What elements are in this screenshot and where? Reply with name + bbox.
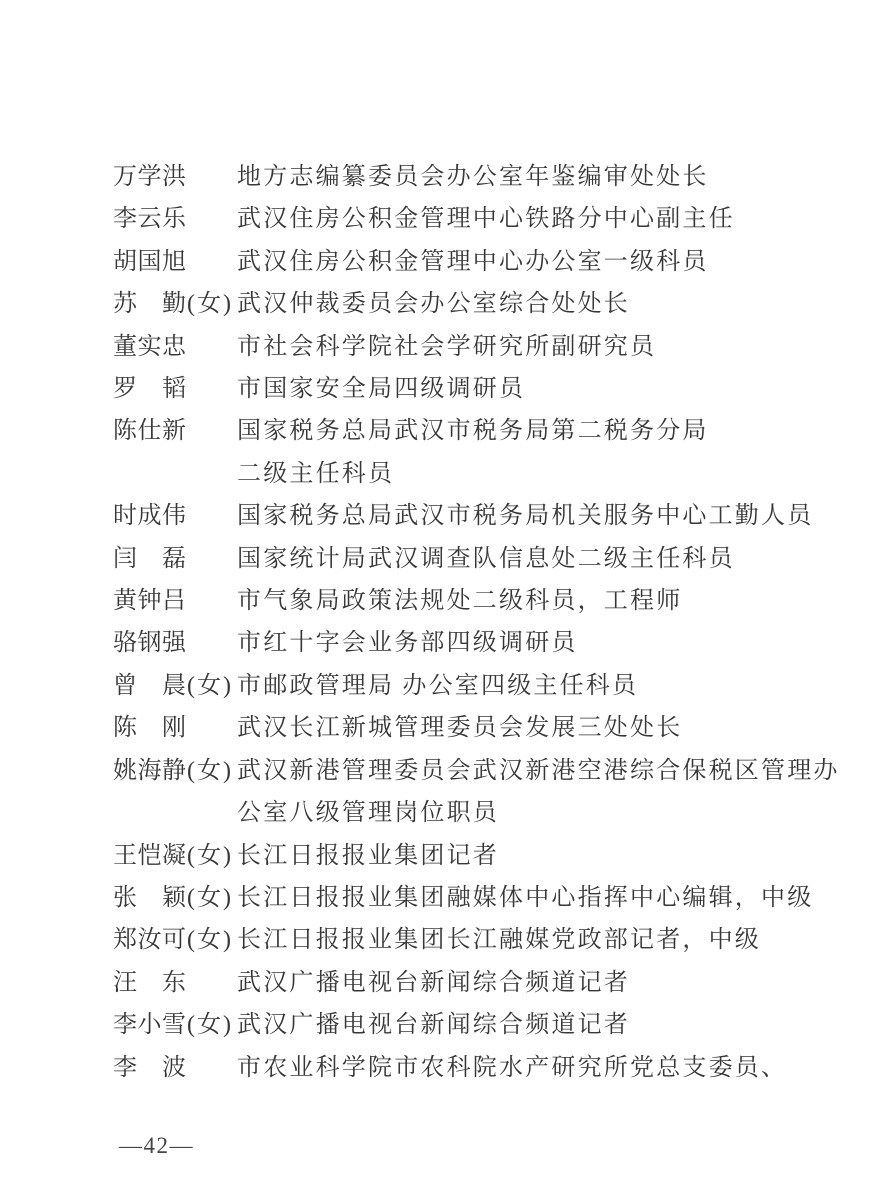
person-name: 李云乐 [113,198,187,240]
list-item: 陈仕新国家税务总局武汉市税务局第二税务分局二级主任科员 [113,410,858,495]
entry-list: 万学洪地方志编纂委员会办公室年鉴编审处处长李云乐武汉住房公积金管理中心铁路分中心… [113,156,858,1089]
person-position: 市红十字会业务部四级调研员 [237,622,858,664]
person-name: 闫 磊 [113,538,187,580]
list-item: 骆钢强市红十字会业务部四级调研员 [113,622,858,664]
person-name: 郑汝可 [113,919,187,961]
list-item: 万学洪地方志编纂委员会办公室年鉴编审处处长 [113,156,858,198]
list-item: 胡国旭武汉住房公积金管理中心办公室一级科员 [113,241,858,283]
position-line: 武汉长江新城管理委员会发展三处处长 [237,707,858,749]
list-item: 时成伟国家税务总局武汉市税务局机关服务中心工勤人员 [113,495,858,537]
list-item: 李小雪(女)武汉广播电视台新闻综合频道记者 [113,1004,858,1046]
position-line: 武汉仲裁委员会办公室综合处处长 [237,283,858,325]
list-item: 陈 刚武汉长江新城管理委员会发展三处处长 [113,707,858,749]
person-name: 汪 东 [113,962,187,1004]
person-name: 李小雪 [113,1004,187,1046]
position-line: 国家税务总局武汉市税务局第二税务分局 [237,410,858,452]
position-line: 武汉新港管理委员会武汉新港空港综合保税区管理办 [237,750,858,792]
list-item: 姚海静(女)武汉新港管理委员会武汉新港空港综合保税区管理办公室八级管理岗位职员 [113,750,858,835]
person-name: 张 颖 [113,877,187,919]
person-name: 李 波 [113,1047,187,1089]
person-name: 胡国旭 [113,241,187,283]
person-name: 苏 勤 [113,283,187,325]
list-item: 李 波市农业科学院市农科院水产研究所党总支委员、 [113,1047,858,1089]
list-item: 郑汝可(女)长江日报报业集团长江融媒党政部记者，中级 [113,919,858,961]
person-position: 武汉住房公积金管理中心铁路分中心副主任 [237,198,858,240]
person-position: 市气象局政策法规处二级科员，工程师 [237,580,858,622]
position-line: 长江日报报业集团记者 [237,835,858,877]
list-item: 董实忠市社会科学院社会学研究所副研究员 [113,326,858,368]
gender-annotation: (女) [187,835,237,877]
person-position: 国家税务总局武汉市税务局第二税务分局二级主任科员 [237,410,858,495]
person-name: 陈 刚 [113,707,187,749]
person-position: 市邮政管理局 办公室四级主任科员 [237,665,858,707]
person-name: 曾 晨 [113,665,187,707]
list-item: 张 颖(女)长江日报报业集团融媒体中心指挥中心编辑，中级 [113,877,858,919]
position-line: 公室八级管理岗位职员 [237,792,858,834]
person-position: 武汉住房公积金管理中心办公室一级科员 [237,241,858,283]
position-line: 武汉广播电视台新闻综合频道记者 [237,1004,858,1046]
person-name: 万学洪 [113,156,187,198]
gender-annotation: (女) [187,283,237,325]
list-item: 闫 磊国家统计局武汉调查队信息处二级主任科员 [113,538,858,580]
gender-annotation: (女) [187,877,237,919]
list-item: 李云乐武汉住房公积金管理中心铁路分中心副主任 [113,198,858,240]
person-name: 陈仕新 [113,410,187,452]
position-line: 武汉广播电视台新闻综合频道记者 [237,962,858,1004]
list-item: 曾 晨(女)市邮政管理局 办公室四级主任科员 [113,665,858,707]
gender-annotation: (女) [187,750,237,792]
position-line: 市农业科学院市农科院水产研究所党总支委员、 [237,1047,858,1089]
person-position: 武汉广播电视台新闻综合频道记者 [237,962,858,1004]
person-position: 武汉广播电视台新闻综合频道记者 [237,1004,858,1046]
position-line: 长江日报报业集团长江融媒党政部记者，中级 [237,919,858,961]
person-position: 武汉新港管理委员会武汉新港空港综合保税区管理办公室八级管理岗位职员 [237,750,858,835]
position-line: 武汉住房公积金管理中心办公室一级科员 [237,241,858,283]
person-position: 市农业科学院市农科院水产研究所党总支委员、 [237,1047,858,1089]
person-position: 地方志编纂委员会办公室年鉴编审处处长 [237,156,858,198]
person-name: 姚海静 [113,750,187,792]
person-name: 王恺凝 [113,835,187,877]
list-item: 罗 韬市国家安全局四级调研员 [113,368,858,410]
document-page: 万学洪地方志编纂委员会办公室年鉴编审处处长李云乐武汉住房公积金管理中心铁路分中心… [113,156,858,1089]
list-item: 黄钟吕市气象局政策法规处二级科员，工程师 [113,580,858,622]
person-position: 国家税务总局武汉市税务局机关服务中心工勤人员 [237,495,858,537]
position-line: 武汉住房公积金管理中心铁路分中心副主任 [237,198,858,240]
person-name: 时成伟 [113,495,187,537]
person-position: 长江日报报业集团融媒体中心指挥中心编辑，中级 [237,877,858,919]
person-position: 长江日报报业集团记者 [237,835,858,877]
position-line: 市红十字会业务部四级调研员 [237,622,858,664]
position-line: 二级主任科员 [237,453,858,495]
position-line: 国家税务总局武汉市税务局机关服务中心工勤人员 [237,495,858,537]
position-line: 市国家安全局四级调研员 [237,368,858,410]
gender-annotation: (女) [187,665,237,707]
person-position: 国家统计局武汉调查队信息处二级主任科员 [237,538,858,580]
position-line: 市气象局政策法规处二级科员，工程师 [237,580,858,622]
list-item: 汪 东武汉广播电视台新闻综合频道记者 [113,962,858,1004]
person-position: 武汉仲裁委员会办公室综合处处长 [237,283,858,325]
position-line: 长江日报报业集团融媒体中心指挥中心编辑，中级 [237,877,858,919]
person-name: 骆钢强 [113,622,187,664]
page-number: —42— [119,1133,194,1159]
position-line: 市邮政管理局 办公室四级主任科员 [237,665,858,707]
position-line: 国家统计局武汉调查队信息处二级主任科员 [237,538,858,580]
position-line: 地方志编纂委员会办公室年鉴编审处处长 [237,156,858,198]
position-line: 市社会科学院社会学研究所副研究员 [237,326,858,368]
person-position: 市国家安全局四级调研员 [237,368,858,410]
list-item: 王恺凝(女)长江日报报业集团记者 [113,835,858,877]
gender-annotation: (女) [187,919,237,961]
person-position: 武汉长江新城管理委员会发展三处处长 [237,707,858,749]
list-item: 苏 勤(女)武汉仲裁委员会办公室综合处处长 [113,283,858,325]
person-position: 市社会科学院社会学研究所副研究员 [237,326,858,368]
gender-annotation: (女) [187,1004,237,1046]
person-position: 长江日报报业集团长江融媒党政部记者，中级 [237,919,858,961]
person-name: 黄钟吕 [113,580,187,622]
person-name: 罗 韬 [113,368,187,410]
person-name: 董实忠 [113,326,187,368]
